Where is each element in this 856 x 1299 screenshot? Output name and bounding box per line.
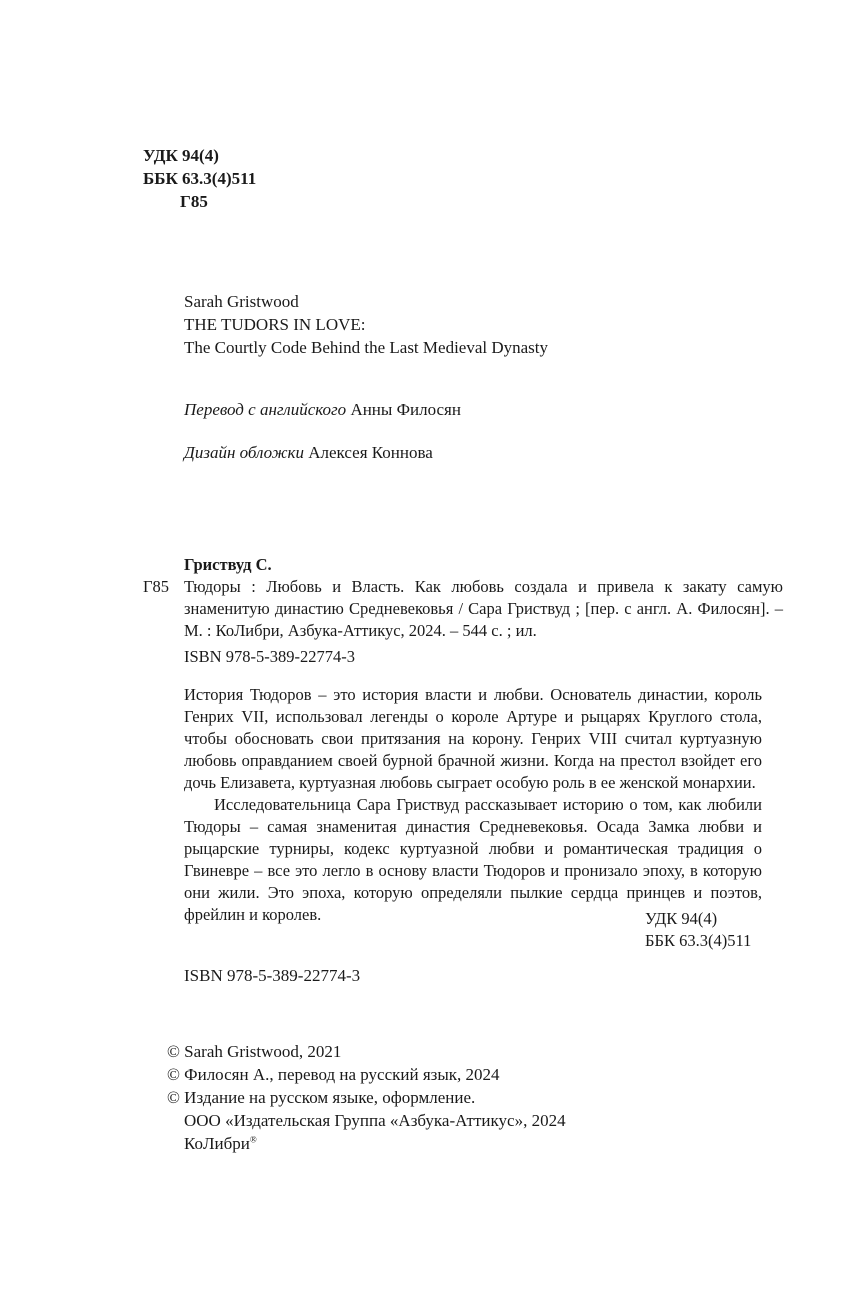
annotation: История Тюдоров – это история власти и л… bbox=[184, 684, 762, 926]
credits: Перевод с английского Анны Филосян Дизай… bbox=[184, 398, 461, 484]
bbk-code: ББК 63.3(4)511 bbox=[143, 167, 256, 190]
classification-codes-bottom: УДК 94(4) ББК 63.3(4)511 bbox=[645, 908, 751, 952]
classification-codes-top: УДК 94(4) ББК 63.3(4)511 Г85 bbox=[143, 144, 256, 213]
bbk-code-bottom: ББК 63.3(4)511 bbox=[645, 930, 751, 952]
isbn-standalone: ISBN 978-5-389-22774-3 bbox=[184, 964, 360, 987]
original-title: THE TUDORS IN LOVE: bbox=[184, 313, 548, 336]
isbn: ISBN 978-5-389-22774-3 bbox=[143, 646, 783, 668]
original-author: Sarah Gristwood bbox=[184, 290, 548, 313]
imprint-name: КоЛибри® bbox=[167, 1132, 566, 1155]
udk-code-bottom: УДК 94(4) bbox=[645, 908, 751, 930]
copyright-translation: © Филосян А., перевод на русский язык, 2… bbox=[167, 1063, 566, 1086]
translation-credit: Перевод с английского Анны Филосян bbox=[184, 398, 461, 421]
copyright-author: © Sarah Gristwood, 2021 bbox=[167, 1040, 566, 1063]
translation-label: Перевод с английского bbox=[184, 400, 346, 419]
annotation-paragraph-1: История Тюдоров – это история власти и л… bbox=[184, 684, 762, 794]
bibliographic-entry: Г85 Тюдоры : Любовь и Власть. Как любовь… bbox=[143, 576, 783, 642]
cover-label: Дизайн обложки bbox=[184, 443, 304, 462]
cover-designer-name: Алексея Коннова bbox=[308, 443, 433, 462]
bibliographic-record: Гриствуд С. Г85 Тюдоры : Любовь и Власть… bbox=[143, 554, 783, 668]
annotation-paragraph-2: Исследовательница Сара Гриствуд рассказы… bbox=[184, 794, 762, 926]
publisher-name: ООО «Издательская Группа «Азбука-Аттикус… bbox=[167, 1109, 566, 1132]
copyright-edition: © Издание на русском языке, оформление. bbox=[167, 1086, 566, 1109]
original-subtitle: The Courtly Code Behind the Last Medieva… bbox=[184, 336, 548, 359]
entry-code: Г85 bbox=[143, 576, 184, 642]
author-mark: Г85 bbox=[143, 190, 256, 213]
registered-mark: ® bbox=[250, 1134, 257, 1144]
cover-design-credit: Дизайн обложки Алексея Коннова bbox=[184, 441, 461, 464]
udk-code: УДК 94(4) bbox=[143, 144, 256, 167]
imprint-label: КоЛибри bbox=[184, 1134, 250, 1153]
original-edition-info: Sarah Gristwood THE TUDORS IN LOVE: The … bbox=[184, 290, 548, 359]
entry-description: Тюдоры : Любовь и Власть. Как любовь соз… bbox=[184, 576, 783, 642]
translator-name: Анны Филосян bbox=[350, 400, 461, 419]
author-heading: Гриствуд С. bbox=[143, 554, 783, 576]
copyright-block: © Sarah Gristwood, 2021 © Филосян А., пе… bbox=[167, 1040, 566, 1155]
